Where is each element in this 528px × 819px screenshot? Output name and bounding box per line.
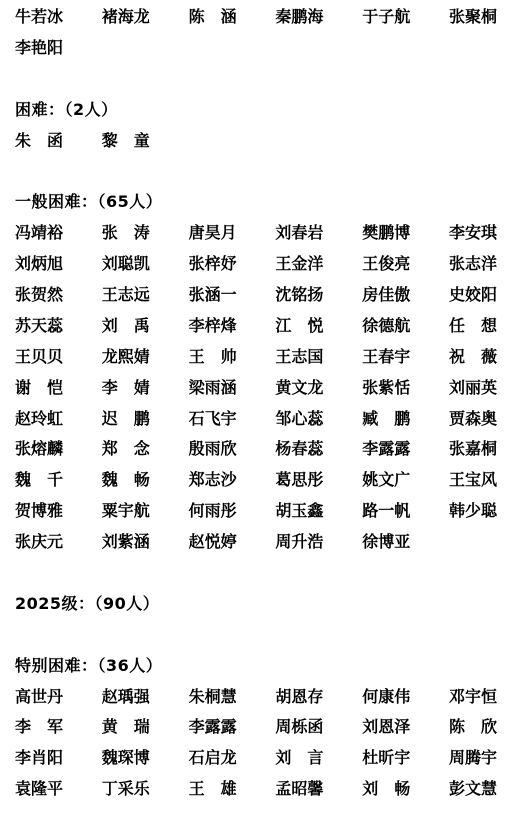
name-cell: 郑志沙 (189, 465, 276, 496)
name-cell: 房佳傲 (362, 280, 449, 311)
name-cell: 苏天蕊 (15, 311, 102, 342)
name-cell: 魏琛博 (102, 743, 189, 774)
name-cell: 王志远 (102, 280, 189, 311)
name-cell: 刘炳旭 (15, 249, 102, 280)
names-row: 苏天蕊刘 禹李梓烽江 悦徐德航任 想 (15, 311, 528, 342)
name-cell: 何雨彤 (189, 496, 276, 527)
name-cell: 秦鹏海 (275, 2, 362, 33)
name-cell: 邓宇恒 (449, 682, 528, 713)
name-cell: 黎 童 (102, 126, 189, 157)
name-cell: 杜昕宇 (362, 743, 449, 774)
name-cell: 袁隆平 (15, 774, 102, 805)
names-row: 魏 千魏 畅郑志沙葛思彤姚文广王宝风 (15, 465, 528, 496)
names-row: 高世丹赵瑀强朱桐慧胡恩存何康伟邓宇恒 (15, 682, 528, 713)
name-cell: 张紫恬 (362, 373, 449, 404)
name-cell: 孟昭馨 (275, 774, 362, 805)
name-cell: 葛思彤 (275, 465, 362, 496)
name-cell: 粟宇航 (102, 496, 189, 527)
name-cell: 褚海龙 (102, 2, 189, 33)
name-cell: 张嘉桐 (449, 434, 528, 465)
names-row: 李肖阳魏琛博石启龙刘 言杜昕宇周腾宇 (15, 743, 528, 774)
name-cell: 石飞宇 (189, 404, 276, 435)
name-cell: 陈 涵 (189, 2, 276, 33)
name-cell: 刘恩泽 (362, 712, 449, 743)
name-cell: 周栎函 (275, 712, 362, 743)
name-cell: 石启龙 (189, 743, 276, 774)
name-cell: 陈 欣 (449, 712, 528, 743)
name-cell: 刘丽英 (449, 373, 528, 404)
name-cell: 张志洋 (449, 249, 528, 280)
name-cell: 刘 禹 (102, 311, 189, 342)
name-cell: 李艳阳 (15, 33, 102, 64)
name-cell: 张聚桐 (449, 2, 528, 33)
name-cell: 何康伟 (362, 682, 449, 713)
name-cell: 江 悦 (275, 311, 362, 342)
name-cell: 姚文广 (362, 465, 449, 496)
name-cell: 冯靖裕 (15, 218, 102, 249)
name-cell: 李露露 (189, 712, 276, 743)
name-cell: 魏 畅 (102, 465, 189, 496)
name-cell: 王春宇 (362, 342, 449, 373)
names-row: 刘炳旭刘聪凯张梓妤王金洋王俊亮张志洋 (15, 249, 528, 280)
name-cell: 史姣阳 (449, 280, 528, 311)
name-cell: 樊鹏博 (362, 218, 449, 249)
names-row: 张熔麟郑 念殷雨欣杨春蕊李露露张嘉桐 (15, 434, 528, 465)
names-row: 谢 恺李 婧梁雨涵黄文龙张紫恬刘丽英 (15, 373, 528, 404)
name-cell: 高世丹 (15, 682, 102, 713)
names-row: 赵玲虹迟 鹏石飞宇邹心蕊臧 鹏贾森奥 (15, 404, 528, 435)
name-cell: 黄文龙 (275, 373, 362, 404)
section-header: 一般困难：（65人） (15, 187, 528, 218)
name-cell: 胡恩存 (275, 682, 362, 713)
name-cell: 王 雄 (189, 774, 276, 805)
name-cell: 迟 鹏 (102, 404, 189, 435)
name-cell: 王志国 (275, 342, 362, 373)
name-cell: 张庆元 (15, 527, 102, 558)
name-cell: 韩少聪 (449, 496, 528, 527)
name-cell: 李露露 (362, 434, 449, 465)
names-row: 袁隆平丁采乐王 雄孟昭馨刘 畅彭文慧 (15, 774, 528, 805)
name-cell: 黄 瑞 (102, 712, 189, 743)
name-cell: 路一帆 (362, 496, 449, 527)
name-cell: 周升浩 (275, 527, 362, 558)
names-row: 牛若冰褚海龙陈 涵秦鹏海于子航张聚桐 (15, 2, 528, 33)
name-cell: 殷雨欣 (189, 434, 276, 465)
name-cell: 于子航 (362, 2, 449, 33)
section-header: 特别困难：（36人） (15, 651, 528, 682)
name-cell: 王俊亮 (362, 249, 449, 280)
name-cell: 梁雨涵 (189, 373, 276, 404)
name-cell: 丁采乐 (102, 774, 189, 805)
name-cell: 李 婧 (102, 373, 189, 404)
name-cell: 李梓烽 (189, 311, 276, 342)
name-cell: 刘春岩 (275, 218, 362, 249)
name-cell: 贺博雅 (15, 496, 102, 527)
name-cell: 邹心蕊 (275, 404, 362, 435)
name-cell: 臧 鹏 (362, 404, 449, 435)
names-row: 李艳阳 (15, 33, 528, 64)
name-cell: 王贝贝 (15, 342, 102, 373)
name-cell: 张涵一 (189, 280, 276, 311)
name-cell: 刘 言 (275, 743, 362, 774)
name-list-document: 牛若冰褚海龙陈 涵秦鹏海于子航张聚桐李艳阳困难：（2人）朱 函黎 童一般困难：（… (15, 2, 528, 805)
name-cell: 沈铭扬 (275, 280, 362, 311)
document-page: 牛若冰褚海龙陈 涵秦鹏海于子航张聚桐李艳阳困难：（2人）朱 函黎 童一般困难：（… (0, 0, 528, 819)
name-cell: 周腾宇 (449, 743, 528, 774)
name-cell: 张梓妤 (189, 249, 276, 280)
name-cell: 李肖阳 (15, 743, 102, 774)
name-cell: 李安琪 (449, 218, 528, 249)
name-cell: 朱桐慧 (189, 682, 276, 713)
name-cell: 赵悦婷 (189, 527, 276, 558)
names-row: 张庆元刘紫涵赵悦婷周升浩徐博亚 (15, 527, 528, 558)
name-cell: 张熔麟 (15, 434, 102, 465)
name-cell: 贾森奥 (449, 404, 528, 435)
name-cell: 赵玲虹 (15, 404, 102, 435)
name-cell: 刘 畅 (362, 774, 449, 805)
name-cell: 张 涛 (102, 218, 189, 249)
name-cell: 徐德航 (362, 311, 449, 342)
name-cell: 彭文慧 (449, 774, 528, 805)
section-header: 困难：（2人） (15, 95, 528, 126)
name-cell: 牛若冰 (15, 2, 102, 33)
name-cell: 王宝风 (449, 465, 528, 496)
name-cell: 王 帅 (189, 342, 276, 373)
name-cell: 胡玉鑫 (275, 496, 362, 527)
names-row: 李 军黄 瑞李露露周栎函刘恩泽陈 欣 (15, 712, 528, 743)
name-cell: 龙熙婧 (102, 342, 189, 373)
name-cell: 杨春蕊 (275, 434, 362, 465)
name-cell: 郑 念 (102, 434, 189, 465)
section-header: 2025级：（90人） (15, 589, 528, 620)
names-row: 张贺然王志远张涵一沈铭扬房佳傲史姣阳 (15, 280, 528, 311)
name-cell: 李 军 (15, 712, 102, 743)
name-cell: 魏 千 (15, 465, 102, 496)
name-cell: 徐博亚 (362, 527, 449, 558)
name-cell: 祝 薇 (449, 342, 528, 373)
names-row: 朱 函黎 童 (15, 126, 528, 157)
name-cell: 唐昊月 (189, 218, 276, 249)
name-cell: 刘聪凯 (102, 249, 189, 280)
names-row: 贺博雅粟宇航何雨彤胡玉鑫路一帆韩少聪 (15, 496, 528, 527)
name-cell: 朱 函 (15, 126, 102, 157)
name-cell: 任 想 (449, 311, 528, 342)
name-cell: 王金洋 (275, 249, 362, 280)
name-cell: 张贺然 (15, 280, 102, 311)
name-cell: 赵瑀强 (102, 682, 189, 713)
name-cell: 刘紫涵 (102, 527, 189, 558)
name-cell: 谢 恺 (15, 373, 102, 404)
names-row: 王贝贝龙熙婧王 帅王志国王春宇祝 薇 (15, 342, 528, 373)
names-row: 冯靖裕张 涛唐昊月刘春岩樊鹏博李安琪 (15, 218, 528, 249)
